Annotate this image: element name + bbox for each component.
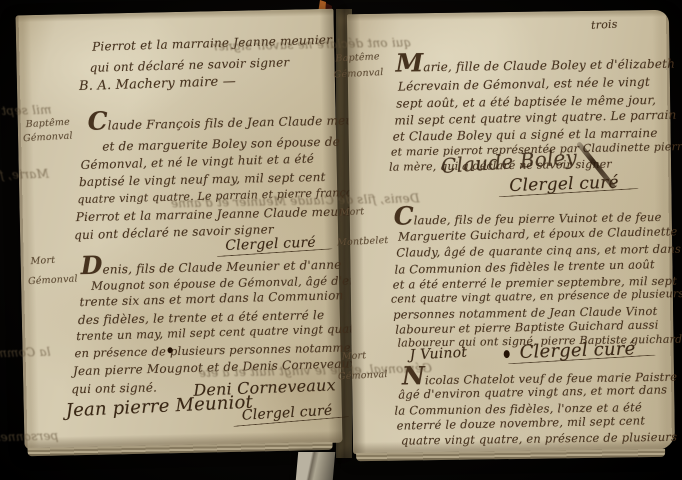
- margin-note-death-label: Mort: [339, 205, 364, 220]
- baptism-entry-line: Marie, fille de Claude Boley et d'élizab…: [396, 53, 676, 75]
- baptism-entry-line: et de marguerite Boley son épouse de: [102, 135, 340, 154]
- margin-note-death-place: Gémonval: [338, 368, 388, 384]
- priest-signature: Clergel curé: [225, 236, 316, 253]
- margin-note-baptism-label: Baptême: [335, 50, 380, 66]
- entry-fragment-line: qui ont déclaré ne savoir signer: [89, 55, 289, 75]
- witness-signature: J Vuinot: [409, 346, 467, 363]
- margin-note-baptism-place: Gémonval: [333, 66, 383, 82]
- bleedthrough-text: Marie, fille de Claude Boley et d'élizab…: [0, 167, 49, 188]
- margin-note-death-label: Mort: [30, 254, 55, 269]
- death-entry-line: quatre vingt quatre, en présence de plus…: [401, 430, 677, 448]
- baptism-entry-line: Claude François fils de Jean Claude meun…: [88, 109, 379, 133]
- left-page: Marie, fille de Claude Boley et d'élizab…: [15, 9, 342, 450]
- margin-note-baptism-place: Gémonval: [23, 129, 73, 146]
- death-entry-line: qui ont signé.: [71, 380, 157, 396]
- margin-note-death-place: Montbelet: [337, 234, 389, 250]
- death-entry-line: Marguerite Guichard, et époux de Claudin…: [398, 224, 678, 243]
- baptism-entry-line: mil sept cent quatre vingt quatre. Le pa…: [394, 108, 676, 128]
- bleedthrough-text: qui ont déclaré ne savoir signer: [211, 35, 411, 53]
- margin-note-death-place: Gémonval: [28, 272, 78, 289]
- baptism-entry-line: Gémonval, et né le vingt huit et a été: [80, 152, 314, 173]
- godfather-signature: Claude Boley: [441, 150, 578, 173]
- right-page-edge-stack: [356, 449, 665, 461]
- margin-note-death-label: Mort: [341, 349, 366, 364]
- baptism-entry-line: Lécrevain de Gémonval, est née le vingt: [398, 75, 650, 94]
- ink-blot: [504, 350, 510, 358]
- mayor-signature: B. A. Machery maire —: [79, 75, 236, 94]
- left-page-edge-stack: [28, 442, 333, 456]
- right-page: Denis, fils de Claude Meunier et d'anne …: [347, 10, 675, 454]
- witness-signature: Jean pierre Meuniot: [65, 396, 253, 419]
- baptism-entry-line: baptisé le vingt neuf may, mil sept cent: [79, 170, 326, 189]
- page-number: trois: [591, 18, 618, 33]
- priest-signature: Clergel curé: [242, 404, 333, 423]
- scanned-register-photo: Marie, fille de Claude Boley et d'élizab…: [0, 0, 682, 480]
- bleedthrough-text: la Communion des fidèles le trente un ao…: [0, 345, 51, 367]
- priest-signature: Clergel curé: [519, 342, 635, 360]
- bookmark-strap: [296, 452, 335, 480]
- ink-blot: [167, 347, 172, 353]
- priest-signature: Clergel curé: [509, 176, 619, 193]
